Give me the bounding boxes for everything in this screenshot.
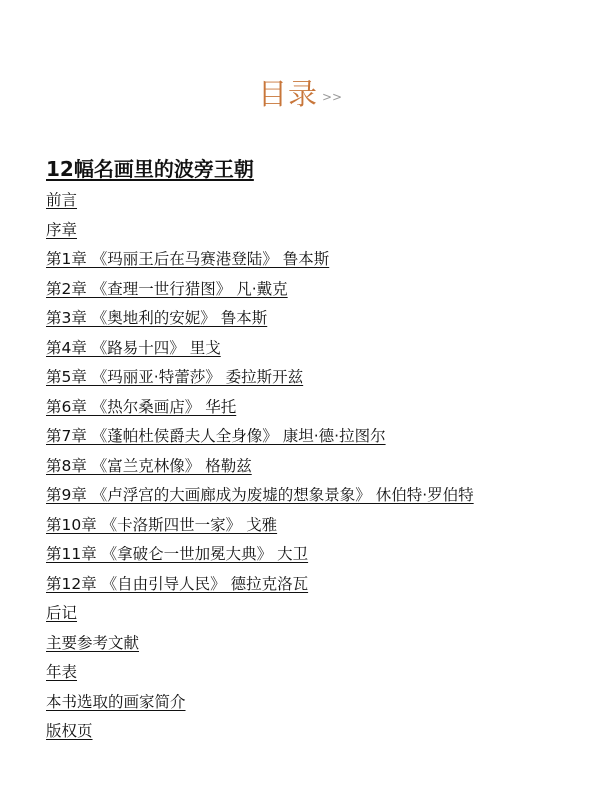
toc-link[interactable]: 前言 bbox=[46, 191, 77, 209]
toc-title: 目录 bbox=[258, 77, 318, 111]
toc-link[interactable]: 第6章 《热尔桑画店》 华托 bbox=[46, 398, 236, 416]
toc-item-chapter-7: 第7章 《蓬帕杜侯爵夫人全身像》 康坦·德·拉图尔 bbox=[46, 423, 474, 453]
toc-item-chapter-12: 第12章 《自由引导人民》 德拉克洛瓦 bbox=[46, 571, 474, 601]
toc-link[interactable]: 版权页 bbox=[46, 722, 93, 740]
toc-item-prologue: 序章 bbox=[46, 217, 474, 247]
toc-item-copyright: 版权页 bbox=[46, 718, 474, 748]
toc-link[interactable]: 第3章 《奥地利的安妮》 鲁本斯 bbox=[46, 309, 267, 327]
toc-item-chapter-10: 第10章 《卡洛斯四世一家》 戈雅 bbox=[46, 512, 474, 542]
toc-link[interactable]: 第4章 《路易十四》 里戈 bbox=[46, 339, 221, 357]
toc-link[interactable]: 第12章 《自由引导人民》 德拉克洛瓦 bbox=[46, 575, 308, 593]
toc-link[interactable]: 第5章 《玛丽亚·特蕾莎》 委拉斯开兹 bbox=[46, 368, 303, 386]
toc-link[interactable]: 第8章 《富兰克林像》 格勒兹 bbox=[46, 457, 252, 475]
double-chevron-right-icon: >> bbox=[322, 90, 342, 104]
toc-item-painter-bios: 本书选取的画家简介 bbox=[46, 689, 474, 719]
toc-link[interactable]: 后记 bbox=[46, 604, 77, 622]
toc-link[interactable]: 本书选取的画家简介 bbox=[46, 693, 186, 711]
toc-item-chapter-4: 第4章 《路易十四》 里戈 bbox=[46, 335, 474, 365]
toc-link[interactable]: 序章 bbox=[46, 221, 77, 239]
toc-item-references: 主要参考文献 bbox=[46, 630, 474, 660]
toc-link[interactable]: 第7章 《蓬帕杜侯爵夫人全身像》 康坦·德·拉图尔 bbox=[46, 427, 386, 445]
toc-item-chapter-6: 第6章 《热尔桑画店》 华托 bbox=[46, 394, 474, 424]
toc-item-chapter-9: 第9章 《卢浮宫的大画廊成为废墟的想象景象》 休伯特·罗伯特 bbox=[46, 482, 474, 512]
toc-link[interactable]: 年表 bbox=[46, 663, 77, 681]
toc-link[interactable]: 第2章 《查理一世行猎图》 凡·戴克 bbox=[46, 280, 288, 298]
toc-link[interactable]: 第9章 《卢浮宫的大画廊成为废墟的想象景象》 休伯特·罗伯特 bbox=[46, 486, 474, 504]
toc-item-chapter-3: 第3章 《奥地利的安妮》 鲁本斯 bbox=[46, 305, 474, 335]
toc-item-chapter-11: 第11章 《拿破仑一世加冕大典》 大卫 bbox=[46, 541, 474, 571]
toc-link[interactable]: 第1章 《玛丽王后在马赛港登陆》 鲁本斯 bbox=[46, 250, 329, 268]
toc-item-chapter-2: 第2章 《查理一世行猎图》 凡·戴克 bbox=[46, 276, 474, 306]
toc-item-chapter-1: 第1章 《玛丽王后在马赛港登陆》 鲁本斯 bbox=[46, 246, 474, 276]
toc-item-preface: 前言 bbox=[46, 187, 474, 217]
toc-item-chapter-5: 第5章 《玛丽亚·特蕾莎》 委拉斯开兹 bbox=[46, 364, 474, 394]
toc-link[interactable]: 第11章 《拿破仑一世加冕大典》 大卫 bbox=[46, 545, 308, 563]
toc-link[interactable]: 第10章 《卡洛斯四世一家》 戈雅 bbox=[46, 516, 277, 534]
toc-header: 目录>> bbox=[0, 72, 600, 113]
toc-item-chronology: 年表 bbox=[46, 659, 474, 689]
toc-link[interactable]: 主要参考文献 bbox=[46, 634, 139, 652]
toc-item-afterword: 后记 bbox=[46, 600, 474, 630]
book-title-link[interactable]: 12幅名画里的波旁王朝 bbox=[46, 153, 254, 182]
toc-item-chapter-8: 第8章 《富兰克林像》 格勒兹 bbox=[46, 453, 474, 483]
toc-list: 前言 序章 第1章 《玛丽王后在马赛港登陆》 鲁本斯 第2章 《查理一世行猎图》… bbox=[46, 187, 474, 748]
